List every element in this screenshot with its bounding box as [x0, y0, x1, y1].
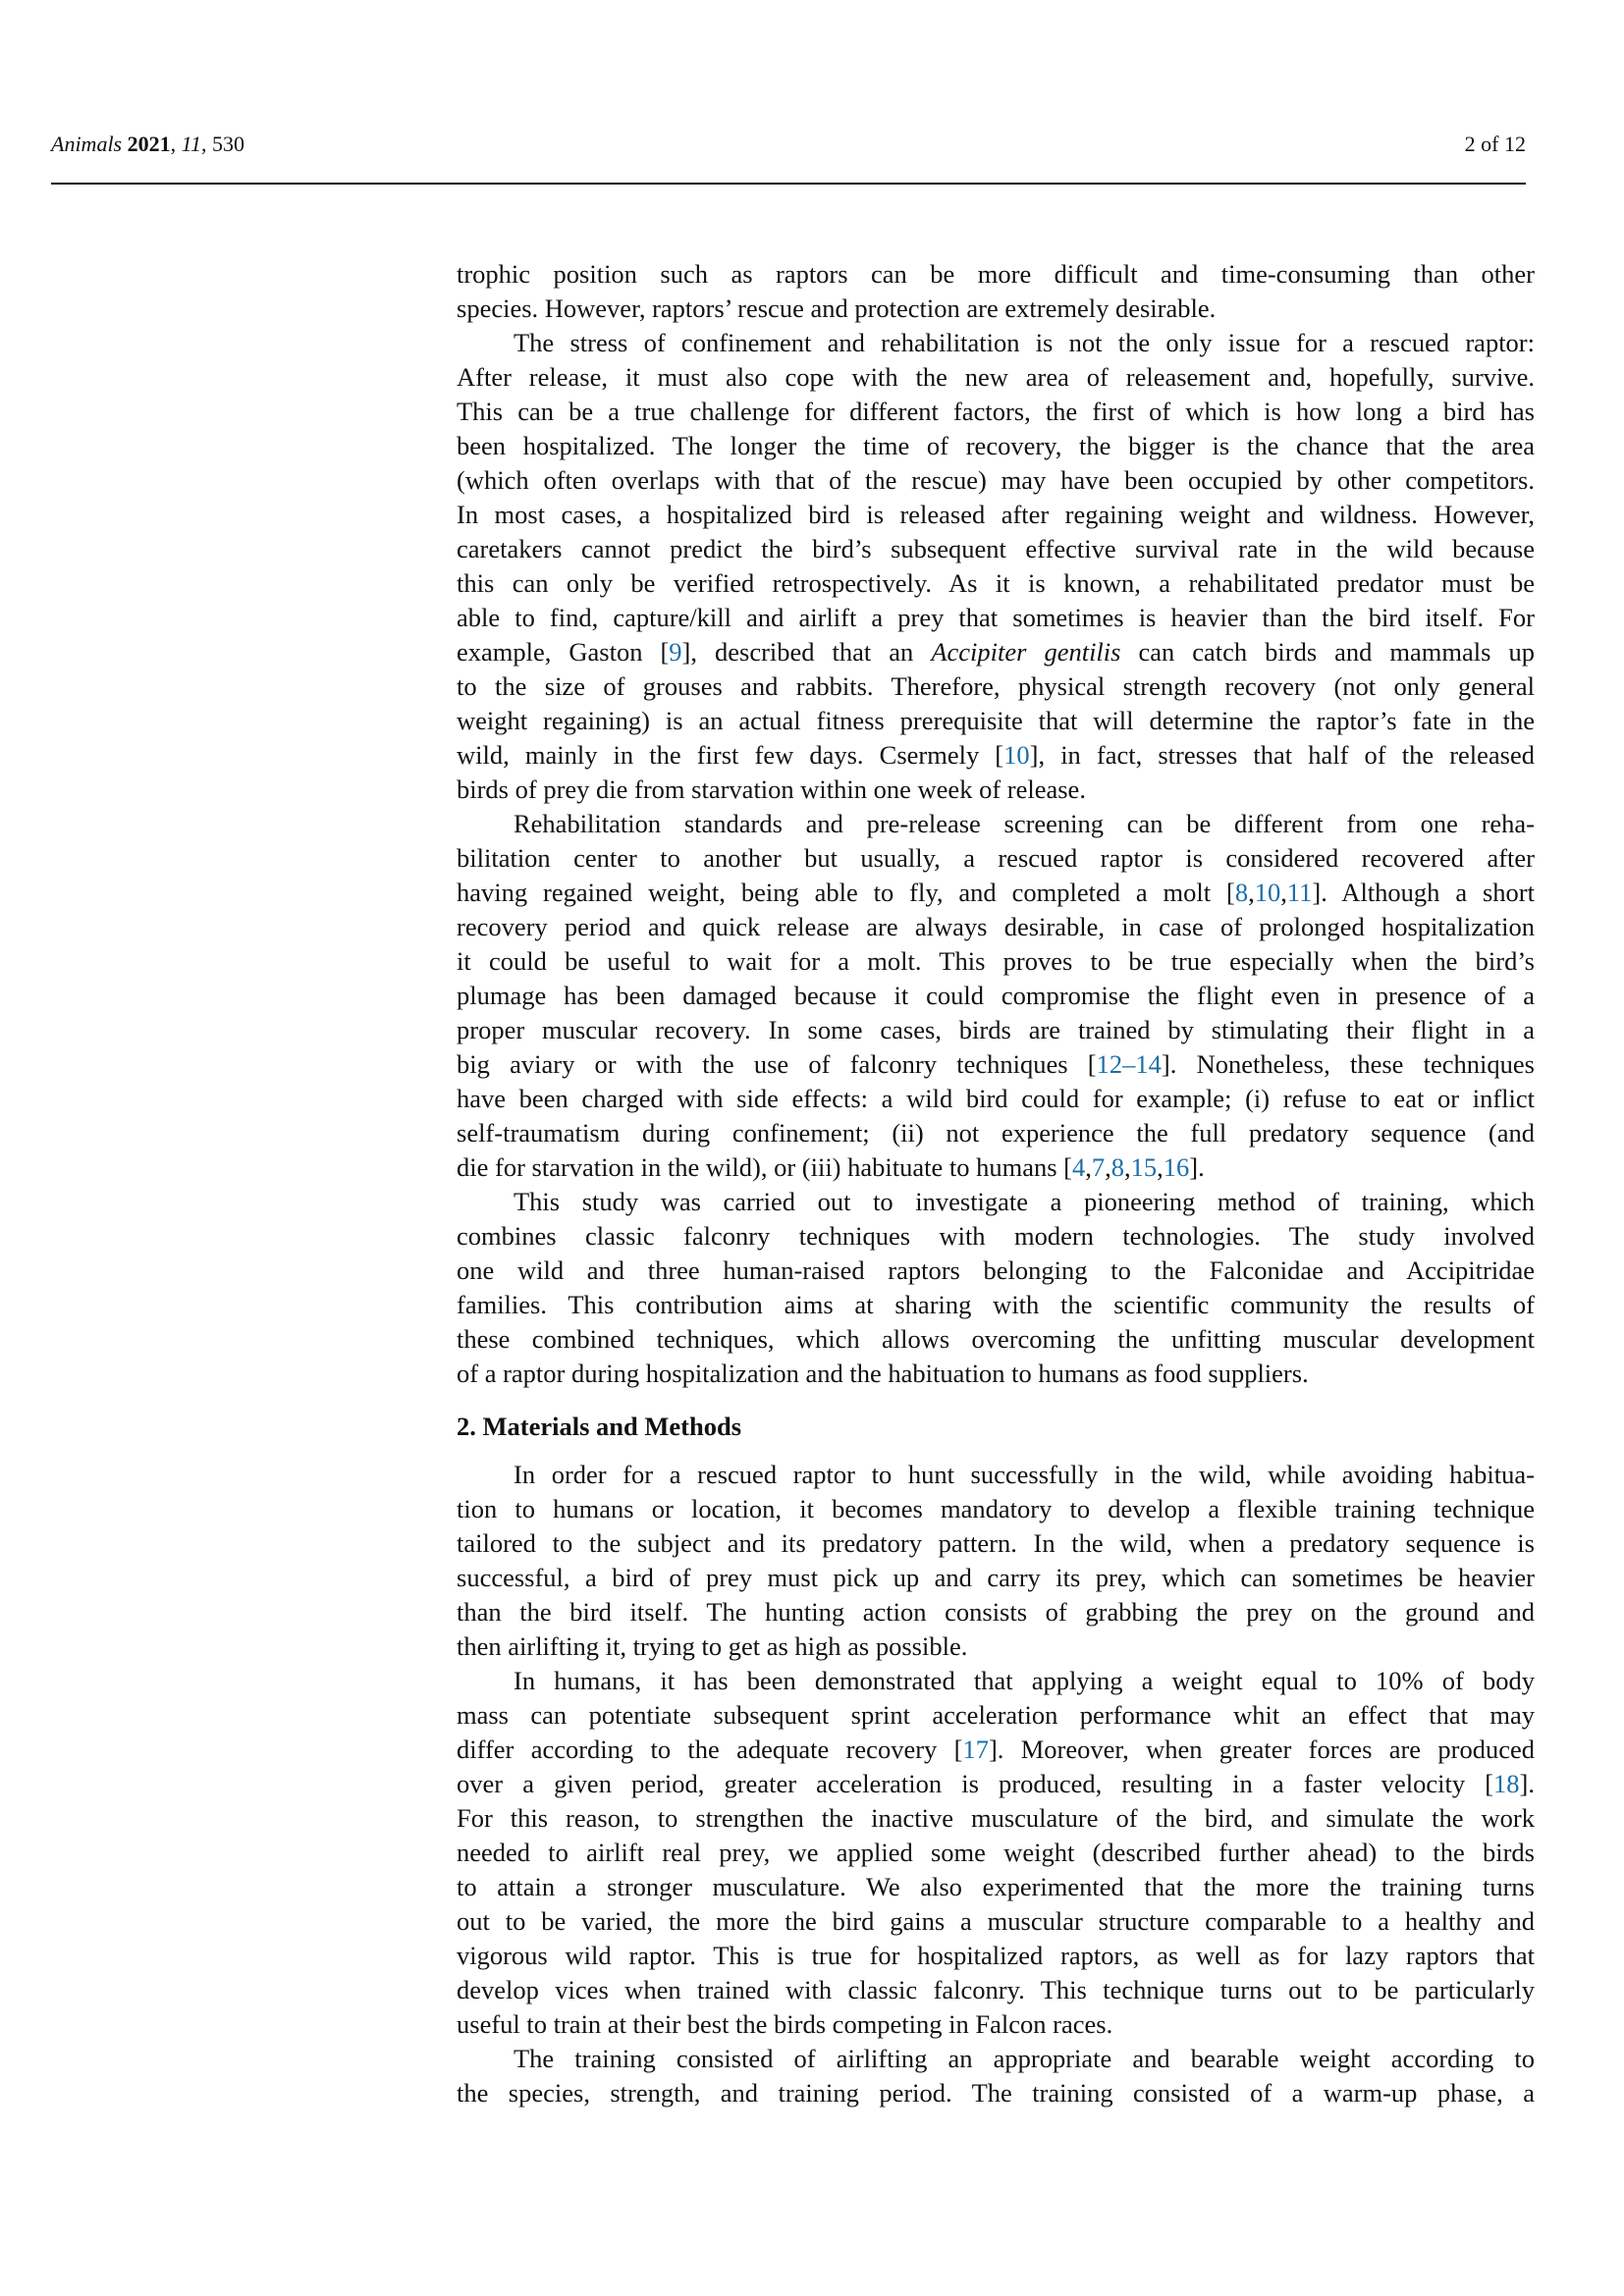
section-heading: 2. Materials and Methods [457, 1410, 1535, 1444]
text-line: than the bird itself. The hunting action… [457, 1595, 1535, 1629]
text-line: In most cases, a hospitalized bird is re… [457, 498, 1535, 532]
text-line: useful to train at their best the birds … [457, 2007, 1535, 2042]
citation-link[interactable]: 4 [1072, 1152, 1085, 1182]
text-line: recovery period and quick release are al… [457, 910, 1535, 944]
text-line: The stress of confinement and rehabilita… [457, 326, 1535, 360]
citation-link[interactable]: 10 [1003, 740, 1030, 770]
text-line: the species, strength, and training peri… [457, 2076, 1535, 2110]
text-line: to the size of grouses and rabbits. Ther… [457, 669, 1535, 704]
page-number: 2 of 12 [1465, 132, 1526, 157]
text-line: vigorous wild raptor. This is true for h… [457, 1939, 1535, 1973]
text-line: This study was carried out to investigat… [457, 1185, 1535, 1219]
text-line: successful, a bird of prey must pick up … [457, 1561, 1535, 1595]
citation-link[interactable]: 12–14 [1097, 1049, 1162, 1079]
citation-link[interactable]: 9 [669, 637, 681, 667]
text-line: these combined techniques, which allows … [457, 1322, 1535, 1357]
text-line: mass can potentiate subsequent sprint ac… [457, 1698, 1535, 1733]
text-line: After release, it must also cope with th… [457, 360, 1535, 395]
text-line: caretakers cannot predict the bird’s sub… [457, 532, 1535, 566]
text-line: one wild and three human-raised raptors … [457, 1254, 1535, 1288]
text-line: develop vices when trained with classic … [457, 1973, 1535, 2007]
citation-link[interactable]: 18 [1493, 1769, 1520, 1798]
text-line: The training consisted of airlifting an … [457, 2042, 1535, 2076]
materials-methods-text: In order for a rescued raptor to hunt su… [457, 1458, 1535, 2110]
text-line: bilitation center to another but usually… [457, 841, 1535, 876]
header-rule [51, 183, 1526, 185]
text-line: tailored to the subject and its predator… [457, 1526, 1535, 1561]
citation-link[interactable]: 11 [1287, 878, 1313, 907]
citation-link[interactable]: 16 [1164, 1152, 1190, 1182]
text-line: tion to humans or location, it becomes m… [457, 1492, 1535, 1526]
text-line: been hospitalized. The longer the time o… [457, 429, 1535, 463]
citation-link[interactable]: 8 [1111, 1152, 1124, 1182]
text-line: have been charged with side effects: a w… [457, 1082, 1535, 1116]
text-line: then airlifting it, trying to get as hig… [457, 1629, 1535, 1664]
text-line: differ according to the adequate recover… [457, 1733, 1535, 1767]
text-line: (which often overlaps with that of the r… [457, 463, 1535, 498]
introduction-continued: trophic position such as raptors can be … [457, 257, 1535, 1391]
article-number: 530 [212, 132, 244, 156]
text-line: In humans, it has been demonstrated that… [457, 1664, 1535, 1698]
text-line: to attain a stronger musculature. We als… [457, 1870, 1535, 1904]
text-line: having regained weight, being able to fl… [457, 876, 1535, 910]
citation-link[interactable]: 7 [1092, 1152, 1105, 1182]
text-line: big aviary or with the use of falconry t… [457, 1047, 1535, 1082]
article-body: trophic position such as raptors can be … [457, 257, 1535, 2110]
text-line: families. This contribution aims at shar… [457, 1288, 1535, 1322]
species-name: Accipiter gentilis [931, 637, 1120, 667]
text-line: plumage has been damaged because it coul… [457, 979, 1535, 1013]
text-line: trophic position such as raptors can be … [457, 257, 1535, 292]
citation-link[interactable]: 8 [1235, 878, 1248, 907]
text-line: example, Gaston [9], described that an A… [457, 635, 1535, 669]
citation-link[interactable]: 17 [962, 1735, 989, 1764]
journal-volume: 11 [182, 132, 201, 156]
text-line: die for starvation in the wild), or (iii… [457, 1150, 1535, 1185]
text-line: birds of prey die from starvation within… [457, 773, 1535, 807]
citation-link[interactable]: 15 [1131, 1152, 1158, 1182]
text-line: this can only be verified retrospectivel… [457, 566, 1535, 601]
text-line: species. However, raptors’ rescue and pr… [457, 292, 1535, 326]
text-line: it could be useful to wait for a molt. T… [457, 944, 1535, 979]
text-line: needed to airlift real prey, we applied … [457, 1836, 1535, 1870]
text-line: wild, mainly in the first few days. Cser… [457, 738, 1535, 773]
text-line: of a raptor during hospitalization and t… [457, 1357, 1535, 1391]
text-line: self-traumatism during confinement; (ii)… [457, 1116, 1535, 1150]
journal-name: Animals [51, 132, 122, 156]
text-line: able to find, capture/kill and airlift a… [457, 601, 1535, 635]
text-line: weight regaining) is an actual fitness p… [457, 704, 1535, 738]
text-line: proper muscular recovery. In some cases,… [457, 1013, 1535, 1047]
text-line: out to be varied, the more the bird gain… [457, 1904, 1535, 1939]
text-line: In order for a rescued raptor to hunt su… [457, 1458, 1535, 1492]
text-line: For this reason, to strengthen the inact… [457, 1801, 1535, 1836]
text-line: Rehabilitation standards and pre-release… [457, 807, 1535, 841]
text-line: over a given period, greater acceleratio… [457, 1767, 1535, 1801]
running-header-citation: Animals 2021, 11, 530 [51, 132, 244, 157]
journal-year: 2021 [128, 132, 171, 156]
text-line: This can be a true challenge for differe… [457, 395, 1535, 429]
citation-link[interactable]: 10 [1255, 878, 1281, 907]
text-line: combines classic falconry techniques wit… [457, 1219, 1535, 1254]
